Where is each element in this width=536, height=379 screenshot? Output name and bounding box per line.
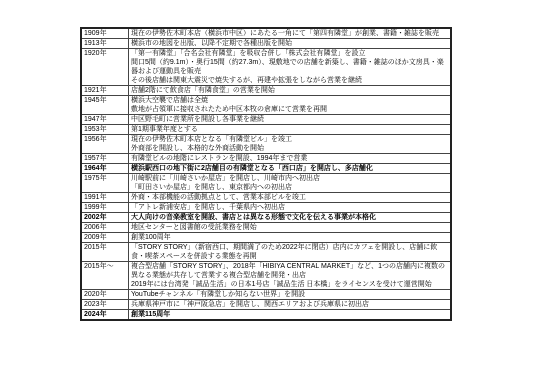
year-cell: 2023年	[81, 300, 129, 310]
description-cell: 「STORY STORY」（新宿西口、期間満了のため2022年に閉店）店内にカフ…	[129, 243, 452, 262]
table-row: 1909年現在の伊勢佐木町本店（横浜市中区）にあたる一角にて「第四有隣堂」が創業…	[81, 28, 451, 39]
table-row: 2015年「STORY STORY」（新宿西口、期間満了のため2022年に閉店）…	[81, 243, 451, 262]
document-page: 1909年現在の伊勢佐木町本店（横浜市中区）にあたる一角にて「第四有隣堂」が創業…	[0, 0, 536, 379]
table-row: 1999年「アトレ新浦安店」を開店し、千葉県内へ初出店	[81, 203, 451, 213]
year-cell: 2024年	[81, 310, 129, 321]
description-cell: 現在の伊勢佐木町本店となる「有隣堂ビル」を竣工 外商部を開設し、本格的な外商活動…	[129, 135, 452, 154]
table-row: 2009年創業100周年	[81, 233, 451, 243]
year-cell: 2002年	[81, 213, 129, 223]
description-cell: 中区野毛町に営業所を開設し各事業を継続	[129, 115, 452, 125]
description-cell: 兵庫県神戸市に「神戸阪急店」を開店し、関西エリアおよび兵庫県に初出店	[129, 300, 452, 310]
description-cell: 複合型店舗「STORY STORY」、2018年「HIBIYA CENTRAL …	[129, 262, 452, 290]
year-cell: 1913年	[81, 39, 129, 49]
table-row: 1953年第1期事業年度とする	[81, 125, 451, 135]
year-cell: 2015年～	[81, 262, 129, 290]
description-cell: 「アトレ新浦安店」を開店し、千葉県内へ初出店	[129, 203, 452, 213]
table-row: 1913年横浜市の地図を出版、以降不定期で各種出版を開始	[81, 39, 451, 49]
table-row: 1945年横浜大空襲で店舗は全焼 敷地が占領軍に接収されたため中区本牧の倉庫にて…	[81, 96, 451, 115]
table-row: 1920年「第一有隣堂」「合名会社有隣堂」を吸収合併し「株式会社有隣堂」を設立 …	[81, 49, 451, 86]
description-cell: 横浜駅西口の地下街に2店舗目の有隣堂となる「西口店」を開店し、多店舗化	[129, 164, 452, 174]
year-cell: 1999年	[81, 203, 129, 213]
table-row: 1991年外商・本部機能の活動拠点として、営業本部ビルを竣工	[81, 193, 451, 203]
table-row: 1956年現在の伊勢佐木町本店となる「有隣堂ビル」を竣工 外商部を開設し、本格的…	[81, 135, 451, 154]
table-row: 1947年中区野毛町に営業所を開設し各事業を継続	[81, 115, 451, 125]
description-cell: 川崎駅前に「川崎さいか屋店」を開店し、川崎市内へ初出店 「町田さいか屋店」を開店…	[129, 174, 452, 193]
table-row: 1921年店舗2階にて飲食店「有隣食堂」の営業を開始	[81, 86, 451, 96]
description-cell: 外商・本部機能の活動拠点として、営業本部ビルを竣工	[129, 193, 452, 203]
description-cell: 有隣堂ビルの地階にレストランを開設、1994年まで営業	[129, 154, 452, 164]
table-row: 1957年有隣堂ビルの地階にレストランを開設、1994年まで営業	[81, 154, 451, 164]
year-cell: 1947年	[81, 115, 129, 125]
description-cell: 地区センターと図書館の受託業務を開始	[129, 223, 452, 233]
table-row: 1964年横浜駅西口の地下街に2店舗目の有隣堂となる「西口店」を開店し、多店舗化	[81, 164, 451, 174]
company-history-table: 1909年現在の伊勢佐木町本店（横浜市中区）にあたる一角にて「第四有隣堂」が創業…	[80, 27, 452, 321]
year-cell: 1957年	[81, 154, 129, 164]
description-cell: 第1期事業年度とする	[129, 125, 452, 135]
year-cell: 1975年	[81, 174, 129, 193]
description-cell: 横浜市の地図を出版、以降不定期で各種出版を開始	[129, 39, 452, 49]
year-cell: 2009年	[81, 233, 129, 243]
description-cell: YouTubeチャンネル「有隣堂しか知らない世界」を開設	[129, 290, 452, 300]
description-cell: 創業115周年	[129, 310, 452, 321]
description-cell: 大人向けの音楽教室を開設、書店とは異なる形態で文化を伝える事業が本格化	[129, 213, 452, 223]
year-cell: 2006年	[81, 223, 129, 233]
year-cell: 1920年	[81, 49, 129, 86]
description-cell: 店舗2階にて飲食店「有隣食堂」の営業を開始	[129, 86, 452, 96]
year-cell: 2015年	[81, 243, 129, 262]
year-cell: 1991年	[81, 193, 129, 203]
description-cell: 横浜大空襲で店舗は全焼 敷地が占領軍に接収されたため中区本牧の倉庫にて営業を再開	[129, 96, 452, 115]
table-row: 2006年地区センターと図書館の受託業務を開始	[81, 223, 451, 233]
history-table-body: 1909年現在の伊勢佐木町本店（横浜市中区）にあたる一角にて「第四有隣堂」が創業…	[81, 28, 451, 320]
year-cell: 1921年	[81, 86, 129, 96]
table-row: 2023年兵庫県神戸市に「神戸阪急店」を開店し、関西エリアおよび兵庫県に初出店	[81, 300, 451, 310]
year-cell: 1956年	[81, 135, 129, 154]
year-cell: 1909年	[81, 28, 129, 39]
table-row: 2002年大人向けの音楽教室を開設、書店とは異なる形態で文化を伝える事業が本格化	[81, 213, 451, 223]
table-row: 2020年YouTubeチャンネル「有隣堂しか知らない世界」を開設	[81, 290, 451, 300]
table-row: 2024年創業115周年	[81, 310, 451, 321]
year-cell: 2020年	[81, 290, 129, 300]
year-cell: 1964年	[81, 164, 129, 174]
description-cell: 現在の伊勢佐木町本店（横浜市中区）にあたる一角にて「第四有隣堂」が創業、書籍・雑…	[129, 28, 452, 39]
table-row: 1975年川崎駅前に「川崎さいか屋店」を開店し、川崎市内へ初出店 「町田さいか屋…	[81, 174, 451, 193]
description-cell: 「第一有隣堂」「合名会社有隣堂」を吸収合併し「株式会社有隣堂」を設立 間口5間（…	[129, 49, 452, 86]
description-cell: 創業100周年	[129, 233, 452, 243]
year-cell: 1953年	[81, 125, 129, 135]
table-row: 2015年～複合型店舗「STORY STORY」、2018年「HIBIYA CE…	[81, 262, 451, 290]
year-cell: 1945年	[81, 96, 129, 115]
